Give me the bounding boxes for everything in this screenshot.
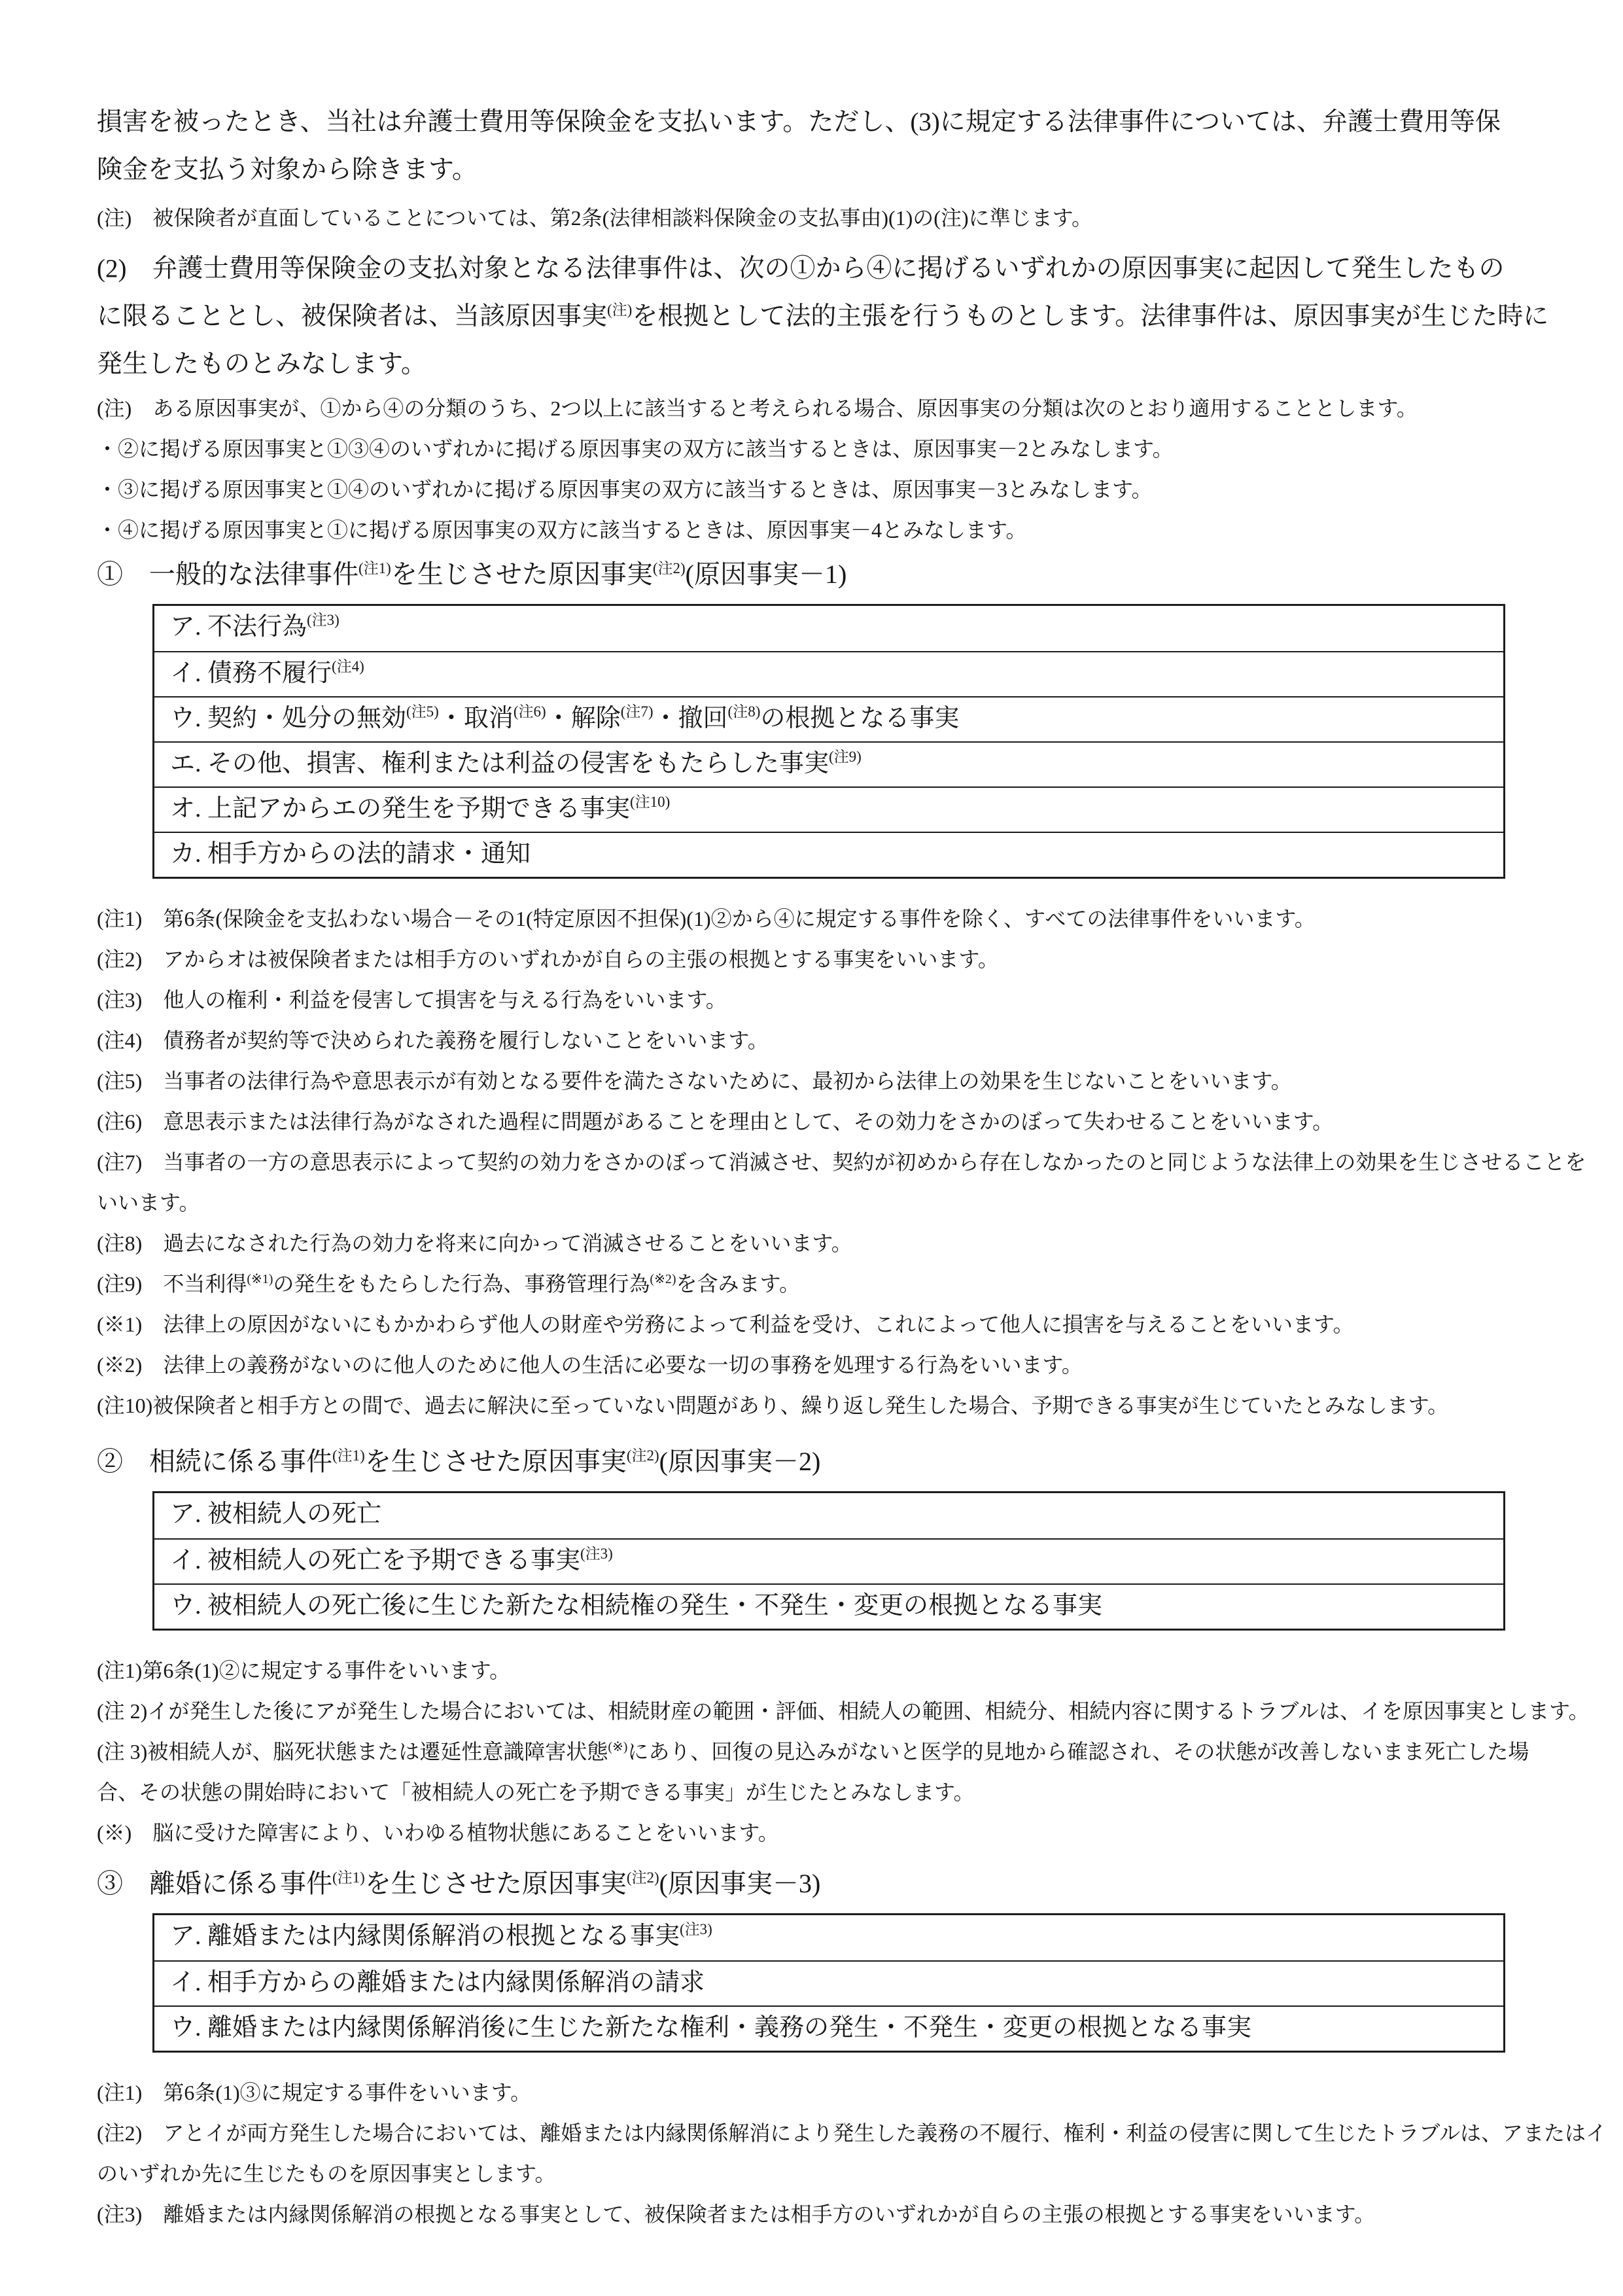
note-line: (注4) 債務者が契約等で決められた義務を履行しないことをいいます。 — [97, 1020, 1539, 1061]
table-row: イ. 債務不履行(注4) — [154, 651, 1503, 696]
table-row: カ. 相手方からの法的請求・通知 — [154, 832, 1503, 877]
table-row: ア. 離婚または内縁関係解消の根拠となる事実(注3) — [154, 1915, 1503, 1960]
note-line: (注6) 意思表示または法律行為がなされた過程に問題があることを理由として、その… — [97, 1101, 1539, 1142]
note-line: いいます。 — [97, 1182, 1539, 1223]
table-row: ウ. 被相続人の死亡後に生じた新たな相続権の発生・不発生・変更の根拠となる事実 — [154, 1583, 1503, 1629]
note-line: (注3) 他人の権利・利益を侵害して損害を与える行為をいいます。 — [97, 980, 1539, 1020]
intro-line-2: 険金を支払う対象から除きます。 — [97, 146, 1539, 194]
cause-facts-table-2: ア. 被相続人の死亡 イ. 被相続人の死亡を予期できる事実(注3) ウ. 被相続… — [152, 1491, 1505, 1631]
clause-2-bullet-1: ・②に掲げる原因事実と①③④のいずれかに掲げる原因事実の双方に該当するときは、原… — [97, 429, 1539, 469]
note-line: 合、その状態の開始時において「被相続人の死亡を予期できる事実」が生じたとみなしま… — [97, 1772, 1539, 1812]
document-content: 損害を被ったとき、当社は弁護士費用等保険金を支払います。ただし、(3)に規定する… — [97, 98, 1539, 2234]
cause-facts-table-1: ア. 不法行為(注3) イ. 債務不履行(注4) ウ. 契約・処分の無効(注5)… — [152, 604, 1505, 879]
table-row: エ. その他、損害、権利または利益の侵害をもたらした事実(注9) — [154, 741, 1503, 786]
section-1-heading: ① 一般的な法律事件(注1)を生じさせた原因事実(注2)(原因事実－1) — [97, 550, 1539, 599]
note-line: (注 2)イが発生した後にアが発生した場合においては、相続財産の範囲・評価、相続… — [97, 1691, 1539, 1731]
section-2-heading: ② 相続に係る事件(注1)を生じさせた原因事実(注2)(原因事実－2) — [97, 1438, 1539, 1486]
note-line: (注5) 当事者の法律行為や意思表示が有効となる要件を満たさないために、最初から… — [97, 1061, 1539, 1101]
note-line: (※1) 法律上の原因がないにもかかわらず他人の財産や労務によって利益を受け、こ… — [97, 1304, 1539, 1345]
table-row: ア. 不法行為(注3) — [154, 606, 1503, 651]
table-row: イ. 被相続人の死亡を予期できる事実(注3) — [154, 1538, 1503, 1583]
note-line: (注3) 離婚または内縁関係解消の根拠となる事実として、被保険者または相手方のい… — [97, 2194, 1539, 2234]
cause-facts-table-3: ア. 離婚または内縁関係解消の根拠となる事実(注3) イ. 相手方からの離婚また… — [152, 1913, 1505, 2053]
note-line: のいずれか先に生じたものを原因事実とします。 — [97, 2153, 1539, 2194]
table-row: イ. 相手方からの離婚または内縁関係解消の請求 — [154, 1960, 1503, 2005]
note-line: (※) 脳に受けた障害により、いわゆる植物状態にあることをいいます。 — [97, 1812, 1539, 1853]
table-row: ウ. 契約・処分の無効(注5)・取消(注6)・解除(注7)・撤回(注8)の根拠と… — [154, 696, 1503, 741]
table-row: オ. 上記アからエの発生を予期できる事実(注10) — [154, 786, 1503, 832]
note-line: (※2) 法律上の義務がないのに他人のために他人の生活に必要な一切の事務を処理す… — [97, 1345, 1539, 1385]
note-line: (注9) 不当利得(※1)の発生をもたらした行為、事務管理行為(※2)を含みます… — [97, 1263, 1539, 1304]
note-line: (注1) 第6条(保険金を支払わない場合－その1(特定原因不担保)(1)②から④… — [97, 898, 1539, 939]
clause-2-bullet-2: ・③に掲げる原因事実と①④のいずれかに掲げる原因事実の双方に該当するときは、原因… — [97, 469, 1539, 510]
clause-2-bullet-3: ・④に掲げる原因事実と①に掲げる原因事実の双方に該当するときは、原因事実－4とみ… — [97, 510, 1539, 550]
clause-2-line-3: 発生したものとみなします。 — [97, 340, 1539, 388]
note-line: (注10)被保険者と相手方との間で、過去に解決に至っていない問題があり、繰り返し… — [97, 1385, 1539, 1426]
note-line: (注8) 過去になされた行為の効力を将来に向かって消滅させることをいいます。 — [97, 1223, 1539, 1263]
note-line: (注1) 第6条(1)③に規定する事件をいいます。 — [97, 2072, 1539, 2113]
clause-2-line-1: (2) 弁護士費用等保険金の支払対象となる法律事件は、次の①から④に掲げるいずれ… — [97, 245, 1539, 292]
clause-2-note: (注) ある原因事実が、①から④の分類のうち、2つ以上に該当すると考えられる場合… — [97, 388, 1539, 429]
note-line: (注1)第6条(1)②に規定する事件をいいます。 — [97, 1650, 1539, 1691]
intro-note: (注) 被保険者が直面していることについては、第2条(法律相談料保険金の支払事由… — [97, 198, 1539, 238]
policy-document-page: 損害を被ったとき、当社は弁護士費用等保険金を支払います。ただし、(3)に規定する… — [0, 0, 1623, 2296]
table-row: ウ. 離婚または内縁関係解消後に生じた新たな権利・義務の発生・不発生・変更の根拠… — [154, 2005, 1503, 2051]
clause-2-line-2: に限ることとし、被保険者は、当該原因事実(注)を根拠として法的主張を行うものとし… — [97, 292, 1539, 340]
note-line: (注2) アとイが両方発生した場合においては、離婚または内縁関係解消により発生し… — [97, 2113, 1539, 2153]
intro-line-1: 損害を被ったとき、当社は弁護士費用等保険金を支払います。ただし、(3)に規定する… — [97, 98, 1539, 146]
section-3-heading: ③ 離婚に係る事件(注1)を生じさせた原因事実(注2)(原因事実－3) — [97, 1860, 1539, 1908]
table-row: ア. 被相続人の死亡 — [154, 1493, 1503, 1538]
note-line: (注 3)被相続人が、脳死状態または遷延性意識障害状態(※)にあり、回復の見込み… — [97, 1731, 1539, 1772]
note-line: (注2) アからオは被保険者または相手方のいずれかが自らの主張の根拠とする事実を… — [97, 939, 1539, 980]
note-line: (注7) 当事者の一方の意思表示によって契約の効力をさかのぼって消滅させ、契約が… — [97, 1142, 1539, 1182]
